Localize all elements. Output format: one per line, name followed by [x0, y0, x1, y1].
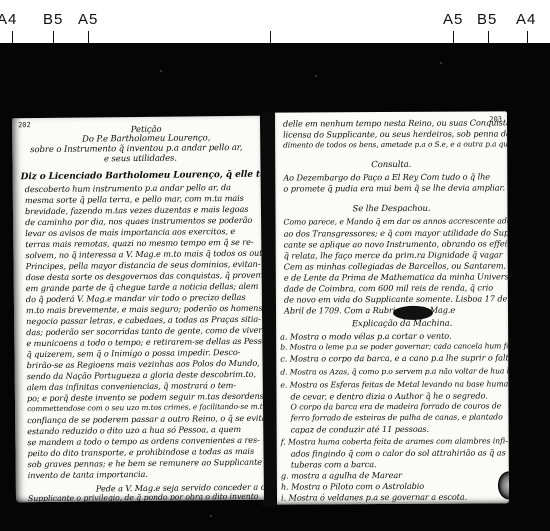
despacho-line: q̃ relata, lhe faço merce da prim.ra Dig…	[284, 249, 503, 260]
despacho-line: ao dos Transgressores; e q̃ com mayor ut…	[284, 227, 509, 238]
tick-center	[270, 31, 271, 43]
petition-subtitle-utilities: e seus utilidades.	[16, 153, 264, 166]
explanation-body-line: capaz de conduzir até 11 pessoas.	[291, 424, 429, 435]
explanation-item-f-cont: tuberas com a barca.	[291, 459, 377, 469]
explanation-item-i: i. Mostra ó veldanes p.a se governar a e…	[281, 492, 467, 503]
explanation-item-h: h. Mostra o Piloto com o Astrolabio	[281, 481, 424, 492]
consulta-line: Ao Dezembargo do Paço a El Rey Com tudo …	[283, 171, 490, 182]
tick-a5-left	[88, 31, 89, 43]
explanation-item-f: f. Mostra huma coberta feita de arames c…	[281, 436, 508, 446]
left-page: 202 Petição Do P.e Bartholomeu Lourenço,…	[12, 116, 264, 503]
despacho-line: de novo em vida do Supplicante somente. …	[284, 293, 507, 304]
explanation-item-e-cont: de cevar, e dentro dizia o Author q̃ he …	[290, 391, 487, 402]
size-label-a4-left: A4	[0, 11, 17, 28]
explanation-item-b: b. Mostra o leme p.a se poder governar; …	[280, 341, 509, 351]
explanation-item-g: g. mostra a agulha de Marear	[281, 470, 402, 481]
body-line: commettendose com o seu uzo m.tos crimes…	[27, 401, 264, 413]
size-label-a4-right: A4	[516, 11, 536, 28]
explanation-item-f-cont: ados fingindo q̃ com o calor do sol attr…	[291, 447, 506, 458]
tick-b5-left	[53, 31, 54, 43]
despacho-line: e de Lente da Prima de Mathematica da mi…	[284, 271, 509, 282]
book-gutter	[262, 112, 276, 507]
body-line: Diz o Licenciado Bartholomeu Lourenço, q…	[21, 170, 264, 183]
tick-a4-right	[527, 31, 528, 43]
right-page: 203 delle em nenhum tempo nesta Reino, o…	[275, 111, 509, 504]
size-label-a5-left: A5	[78, 11, 98, 28]
film-speck	[315, 75, 317, 77]
size-label-b5-left: B5	[43, 11, 63, 28]
explanation-body-line: ferro forrado de esteiras de palha de ca…	[291, 412, 503, 422]
body-line: sob graves pennas; e he bem se remunere …	[28, 457, 262, 469]
explicacao-heading: Explicação da Machina.	[286, 318, 509, 329]
explanation-item-c: c. Mostra o corpo da barca, e a cano p.a…	[280, 352, 509, 363]
despacho-line: Cem as minhas collegiadas de Barcellos, …	[284, 260, 506, 271]
size-label-a5-right: A5	[443, 11, 463, 28]
film-speck	[210, 515, 212, 517]
body-line: invento de tanta importancia.	[28, 469, 148, 480]
tick-a4-left	[12, 31, 13, 43]
despacho-line: cante se aplique ao novo Instrumento, ob…	[284, 238, 509, 249]
film-speck	[440, 62, 442, 64]
despacho-line: dade de Coimbra, com 600 mil reis de ren…	[284, 282, 493, 293]
tick-b5-right	[488, 31, 489, 43]
explanation-item-e: e. Mostra os Esferas feitas de Metal lev…	[280, 379, 509, 389]
film-speck	[160, 70, 162, 72]
explanation-body-line: O corpo da barca era de madeira forrado …	[290, 401, 501, 411]
explanation-list: a. Mostra o modo vélas p.a cortar o vent…	[275, 111, 507, 112]
despacho-heading: Se lhe Despachou.	[275, 203, 507, 214]
explanation-item-d: d. Mostra os Azas, q̃ como p.o servem p.…	[280, 366, 509, 376]
size-label-b5-right: B5	[477, 11, 497, 28]
tick-a5-right	[453, 31, 454, 43]
paper-size-ruler: A4 B5 A5 A5 B5 A4	[0, 0, 550, 43]
library-seal-stamp-icon	[498, 471, 509, 499]
explanation-item-a: a. Mostra o modo vélas p.a cortar o vent…	[280, 331, 451, 342]
body-line: delle em nenhum tempo nesta Reino, ou su…	[283, 117, 509, 128]
consulta-heading: Consulta.	[275, 159, 507, 170]
body-line: licensa do Supplicante, ou seus herdeiro…	[283, 128, 509, 139]
body-line: dimento de todos os bens, ametade p.a o …	[283, 139, 509, 149]
despacho-line: Como parece, e Mando q̃ em dar os annos …	[284, 216, 509, 226]
consulta-line: o promete q̃ pudia era mui bem q̃ se lhe…	[283, 182, 505, 193]
